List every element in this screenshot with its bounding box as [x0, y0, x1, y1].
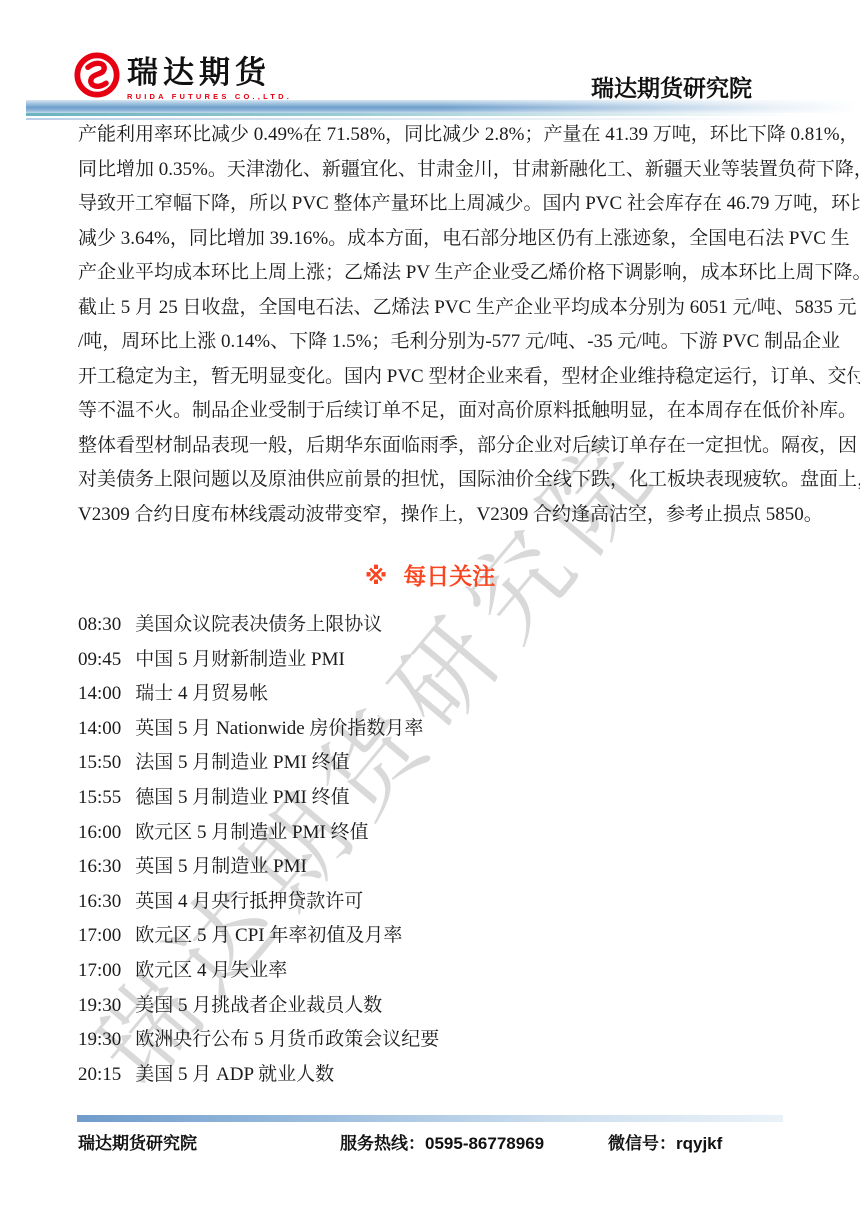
event-time: 08:30 — [78, 608, 121, 643]
analysis-paragraph: 产能利用率环比减少 0.49%在 71.58%，同比减少 2.8%；产量在 41… — [78, 118, 784, 532]
event-item: 16:30 英国 4 月央行抵押贷款许可 — [78, 885, 784, 920]
paragraph-line: 产能利用率环比减少 0.49%在 71.58%，同比减少 2.8%；产量在 41… — [78, 118, 784, 153]
event-label: 瑞士 4 月贸易帐 — [135, 677, 268, 712]
footer: 瑞达期货研究院 服务热线：0595-86778969 微信号：rqyjkf — [78, 1132, 784, 1156]
paragraph-line: 同比增加 0.35%。天津渤化、新疆宜化、甘肃金川，甘肃新融化工、新疆天业等装置… — [78, 153, 784, 188]
event-item: 17:00 欧元区 4 月失业率 — [78, 954, 784, 989]
header-divider-teal-line — [26, 113, 860, 116]
event-label: 德国 5 月制造业 PMI 终值 — [135, 781, 349, 816]
brand-logo: 瑞达期货 RUIDA FUTURES CO.,LTD. — [74, 44, 292, 101]
event-label: 英国 5 月 Nationwide 房价指数月率 — [135, 712, 423, 747]
footer-hotline-number: 0595-86778969 — [425, 1134, 544, 1153]
footer-hotline: 服务热线：0595-86778969 — [340, 1132, 544, 1156]
event-item: 08:30 美国众议院表决债务上限协议 — [78, 608, 784, 643]
event-time: 15:50 — [78, 746, 121, 781]
event-item: 14:00 英国 5 月 Nationwide 房价指数月率 — [78, 712, 784, 747]
event-item: 14:00 瑞士 4 月贸易帐 — [78, 677, 784, 712]
brand-name-cn: 瑞达期货 — [127, 56, 292, 90]
footer-wechat: 微信号：rqyjkf — [608, 1132, 722, 1156]
event-item: 15:50 法国 5 月制造业 PMI 终值 — [78, 746, 784, 781]
event-time: 16:00 — [78, 816, 121, 851]
daily-focus-heading: ※每日关注 — [0, 556, 860, 596]
paragraph-line: 等不温不火。制品企业受制于后续订单不足，面对高价原料抵触明显，在本周存在低价补库… — [78, 394, 784, 429]
event-time: 15:55 — [78, 781, 121, 816]
event-item: 19:30 欧洲央行公布 5 月货币政策会议纪要 — [78, 1023, 784, 1058]
paragraph-line: 产企业平均成本环比上周上涨；乙烯法 PV 生产企业受乙烯价格下调影响，成本环比上… — [78, 256, 784, 291]
event-label: 美国 5 月 ADP 就业人数 — [135, 1058, 334, 1093]
footer-institute: 瑞达期货研究院 — [78, 1132, 197, 1156]
event-label: 英国 4 月央行抵押贷款许可 — [135, 885, 363, 920]
event-time: 14:00 — [78, 677, 121, 712]
paragraph-line: 减少 3.64%，同比增加 39.16%。成本方面，电石部分地区仍有上涨迹象，全… — [78, 222, 784, 257]
event-time: 14:00 — [78, 712, 121, 747]
event-label: 欧洲央行公布 5 月货币政策会议纪要 — [135, 1023, 439, 1058]
paragraph-line: /吨，周环比上涨 0.14%、下降 1.5%；毛利分别为-577 元/吨、-35… — [78, 325, 784, 360]
event-item: 09:45 中国 5 月财新制造业 PMI — [78, 643, 784, 678]
event-item: 17:00 欧元区 5 月 CPI 年率初值及月率 — [78, 919, 784, 954]
paragraph-line: 对美债务上限问题以及原油供应前景的担忧，国际油价全线下跌，化工板块表现疲软。盘面… — [78, 463, 784, 498]
event-item: 15:55 德国 5 月制造业 PMI 终值 — [78, 781, 784, 816]
footer-wechat-label: 微信号： — [608, 1134, 676, 1153]
event-label: 法国 5 月制造业 PMI 终值 — [135, 746, 349, 781]
event-time: 19:30 — [78, 1023, 121, 1058]
footer-wechat-id: rqyjkf — [676, 1134, 722, 1153]
event-item: 20:15 美国 5 月 ADP 就业人数 — [78, 1058, 784, 1093]
event-time: 19:30 — [78, 989, 121, 1024]
event-time: 17:00 — [78, 954, 121, 989]
event-item: 16:30 英国 5 月制造业 PMI — [78, 850, 784, 885]
header-title: 瑞达期货研究院 — [591, 70, 752, 103]
event-label: 英国 5 月制造业 PMI — [135, 850, 307, 885]
header-divider-bar — [26, 100, 860, 113]
paragraph-line: V2309 合约日度布林线震动波带变窄，操作上，V2309 合约逢高沽空，参考止… — [78, 498, 784, 533]
event-time: 20:15 — [78, 1058, 121, 1093]
paragraph-line: 导致开工窄幅下降，所以 PVC 整体产量环比上周减少。国内 PVC 社会库存在 … — [78, 187, 784, 222]
paragraph-line: 开工稳定为主，暂无明显变化。国内 PVC 型材企业来看，型材企业维持稳定运行，订… — [78, 360, 784, 395]
event-time: 16:30 — [78, 850, 121, 885]
event-label: 欧元区 5 月制造业 PMI 终值 — [135, 816, 368, 851]
paragraph-line: 截止 5 月 25 日收盘，全国电石法、乙烯法 PVC 生产企业平均成本分别为 … — [78, 291, 784, 326]
footer-hotline-label: 服务热线： — [340, 1134, 425, 1153]
event-time: 16:30 — [78, 885, 121, 920]
document-page: 瑞达期货 RUIDA FUTURES CO.,LTD. 瑞达期货研究院 瑞达期货… — [0, 0, 860, 1217]
brand-text-block: 瑞达期货 RUIDA FUTURES CO.,LTD. — [127, 44, 292, 101]
brand-logo-icon — [74, 52, 120, 98]
paragraph-line: 整体看型材制品表现一般，后期华东面临雨季，部分企业对后续订单存在一定担忧。隔夜，… — [78, 429, 784, 464]
event-item: 16:00 欧元区 5 月制造业 PMI 终值 — [78, 816, 784, 851]
event-label: 中国 5 月财新制造业 PMI — [135, 643, 345, 678]
event-time: 09:45 — [78, 643, 121, 678]
footer-divider-bar — [77, 1115, 783, 1122]
event-item: 19:30 美国 5 月挑战者企业裁员人数 — [78, 989, 784, 1024]
reference-mark-icon: ※ — [365, 563, 387, 589]
event-time: 17:00 — [78, 919, 121, 954]
event-label: 美国 5 月挑战者企业裁员人数 — [135, 989, 382, 1024]
event-label: 欧元区 4 月失业率 — [135, 954, 287, 989]
economic-calendar-list: 08:30 美国众议院表决债务上限协议 09:45 中国 5 月财新制造业 PM… — [78, 608, 784, 1092]
event-label: 欧元区 5 月 CPI 年率初值及月率 — [135, 919, 402, 954]
daily-focus-title: 每日关注 — [403, 563, 495, 589]
event-label: 美国众议院表决债务上限协议 — [135, 608, 382, 643]
